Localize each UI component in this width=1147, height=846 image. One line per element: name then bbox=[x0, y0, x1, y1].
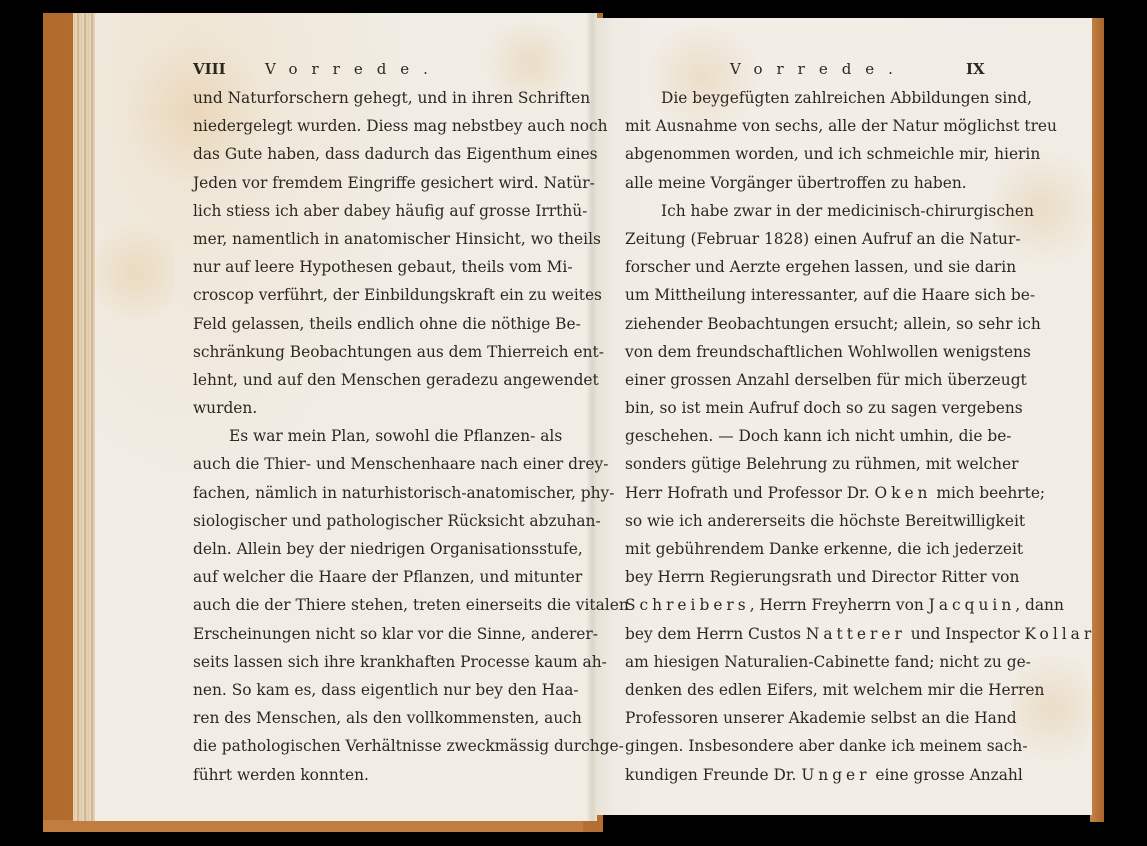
text-line: niedergelegt wurden. Diess mag nebstbey … bbox=[193, 112, 551, 140]
text-line: sonders gütige Belehrung zu rühmen, mit … bbox=[625, 450, 986, 478]
text-line: siologischer und pathologischer Rücksich… bbox=[193, 507, 551, 535]
text-line: auch die Thier- und Menschenhaare nach e… bbox=[193, 450, 551, 478]
name-schreibers: Schreibers bbox=[625, 596, 750, 614]
text-line: nen. So kam es, dass eigentlich nur bey … bbox=[193, 676, 551, 704]
name-natterer: Natterer bbox=[806, 625, 906, 643]
text-line: auf welcher die Haare der Pflanzen, und … bbox=[193, 563, 551, 591]
text-line: ren des Menschen, als den vollkommensten… bbox=[193, 704, 551, 732]
text-line: Herr Hofrath und Professor Dr. Oken mich… bbox=[625, 479, 986, 507]
text-line: bin, so ist mein Aufruf doch so zu sagen… bbox=[625, 394, 986, 422]
text-line: Feld gelassen, theils endlich ohne die n… bbox=[193, 310, 551, 338]
text-line: lehnt, und auf den Menschen geradezu ang… bbox=[193, 366, 551, 394]
text-line: Ich habe zwar in der medicinisch-chirurg… bbox=[625, 197, 986, 225]
right-page-body: Die beygefügten zahlreichen Abbildungen … bbox=[625, 84, 986, 789]
text-line: Die beygefügten zahlreichen Abbildungen … bbox=[625, 84, 986, 112]
text-line: nur auf leere Hypothesen gebaut, theils … bbox=[193, 253, 551, 281]
text-line: mit Ausnahme von sechs, alle der Natur m… bbox=[625, 112, 986, 140]
name-oken: Oken bbox=[875, 484, 932, 502]
text-line: wurden. bbox=[193, 394, 551, 422]
foxing-stain bbox=[95, 213, 175, 333]
text-line: Es war mein Plan, sowohl die Pflanzen- a… bbox=[193, 422, 551, 450]
text-segment: , Herrn Freyherrn von bbox=[750, 596, 929, 614]
text-line: croscop verführt, der Einbildungskraft e… bbox=[193, 281, 551, 309]
text-line: lich stiess ich aber dabey häufig auf gr… bbox=[193, 197, 551, 225]
text-line: forscher und Aerzte ergehen lassen, und … bbox=[625, 253, 986, 281]
text-line: mer, namentlich in anatomischer Hinsicht… bbox=[193, 225, 551, 253]
text-line: ziehender Beobachtungen ersucht; allein,… bbox=[625, 310, 986, 338]
running-head: Vorrede. bbox=[730, 60, 907, 78]
text-line: am hiesigen Naturalien-Cabinette fand; n… bbox=[625, 648, 986, 676]
text-line: fachen, nämlich in naturhistorisch-anato… bbox=[193, 479, 551, 507]
text-segment: Herr Hofrath und Professor Dr. bbox=[625, 484, 875, 502]
text-line: geschehen. — Doch kann ich nicht umhin, … bbox=[625, 422, 986, 450]
text-line: deln. Allein bey der niedrigen Organisat… bbox=[193, 535, 551, 563]
page-number: VIII bbox=[193, 60, 226, 78]
text-line: auch die der Thiere stehen, treten einer… bbox=[193, 591, 551, 619]
text-segment: , dann bbox=[1015, 596, 1064, 614]
book-cover-right-edge bbox=[1090, 18, 1104, 822]
text-line: einer grossen Anzahl derselben für mich … bbox=[625, 366, 986, 394]
text-line: schränkung Beobachtungen aus dem Thierre… bbox=[193, 338, 551, 366]
text-line: alle meine Vorgänger übertroffen zu habe… bbox=[625, 169, 986, 197]
text-line: Jeden vor fremdem Eingriffe gesichert wi… bbox=[193, 169, 551, 197]
text-segment: kundigen Freunde Dr. bbox=[625, 766, 801, 784]
text-line: um Mittheilung interessanter, auf die Ha… bbox=[625, 281, 986, 309]
text-line: mit gebührendem Danke erkenne, die ich j… bbox=[625, 535, 986, 563]
page-block-edges bbox=[73, 13, 95, 821]
print-mark bbox=[909, 748, 915, 750]
text-line: von dem freundschaftlichen Wohlwollen we… bbox=[625, 338, 986, 366]
text-segment: eine grosse Anzahl bbox=[871, 766, 1023, 784]
text-line: Erscheinungen nicht so klar vor die Sinn… bbox=[193, 620, 551, 648]
text-line: abgenommen worden, und ich schmeichle mi… bbox=[625, 140, 986, 168]
text-line: gingen. Insbesondere aber danke ich mein… bbox=[625, 732, 986, 760]
name-jacquin: Jacquin bbox=[929, 596, 1016, 614]
text-segment: mich beehrte; bbox=[931, 484, 1045, 502]
text-line: so wie ich andererseits die höchste Bere… bbox=[625, 507, 986, 535]
book-cover-bottom-edge bbox=[43, 820, 583, 832]
left-page-header: VIII Vorrede. bbox=[193, 60, 553, 78]
text-line: die pathologischen Verhältnisse zweckmäs… bbox=[193, 732, 551, 760]
text-line: führt werden konnten. bbox=[193, 761, 551, 789]
text-segment: bey dem Herrn Custos bbox=[625, 625, 806, 643]
text-line: bey dem Herrn Custos Natterer und Inspec… bbox=[625, 620, 986, 648]
text-line: seits lassen sich ihre krankhaften Proce… bbox=[193, 648, 551, 676]
text-line: kundigen Freunde Dr. Unger eine grosse A… bbox=[625, 761, 986, 789]
text-line: das Gute haben, dass dadurch das Eigenth… bbox=[193, 140, 551, 168]
name-unger: Unger bbox=[801, 766, 870, 784]
text-line: Professoren unserer Akademie selbst an d… bbox=[625, 704, 986, 732]
text-line: und Naturforschern gehegt, und in ihren … bbox=[193, 84, 551, 112]
page-number: IX bbox=[966, 60, 985, 78]
text-segment: und Inspector bbox=[906, 625, 1025, 643]
running-head: Vorrede. bbox=[265, 60, 442, 78]
left-page-body: und Naturforschern gehegt, und in ihren … bbox=[193, 84, 551, 789]
text-line: Schreibers, Herrn Freyherrn von Jacquin,… bbox=[625, 591, 986, 619]
text-line: denken des edlen Eifers, mit welchem mir… bbox=[625, 676, 986, 704]
text-line: bey Herrn Regierungsrath und Director Ri… bbox=[625, 563, 986, 591]
text-line: Zeitung (Februar 1828) einen Aufruf an d… bbox=[625, 225, 986, 253]
name-kollar: Kollar bbox=[1024, 625, 1095, 643]
